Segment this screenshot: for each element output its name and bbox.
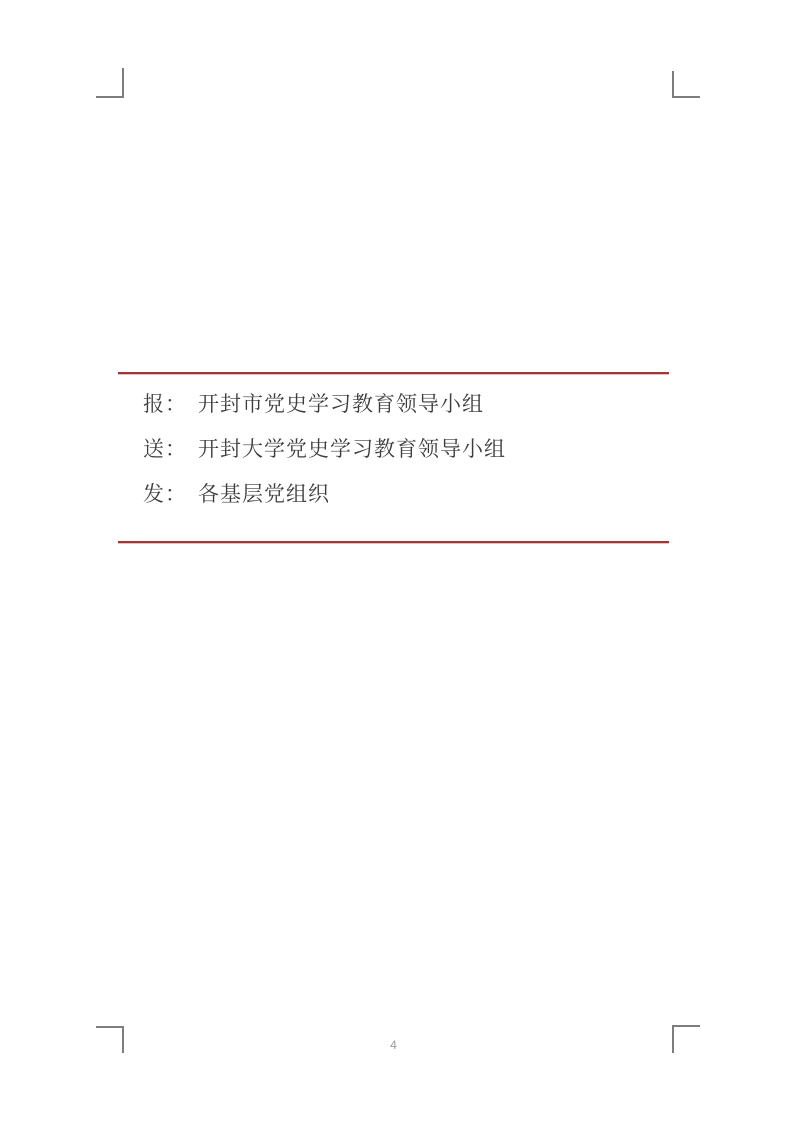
red-rule-bottom (118, 541, 669, 543)
distribution-label: 发 (143, 478, 165, 508)
distribution-colon: ： (165, 433, 187, 463)
page-number: 4 (118, 1038, 669, 1052)
distribution-block: 报：开封市党史学习教育领导小组 送：开封大学党史学习教育领导小组 发：各基层党组… (118, 372, 669, 543)
distribution-content: 开封大学党史学习教育领导小组 (198, 433, 506, 463)
distribution-colon: ： (165, 478, 187, 508)
distribution-row: 发：各基层党组织 (143, 470, 669, 515)
distribution-colon: ： (165, 388, 187, 418)
distribution-rows: 报：开封市党史学习教育领导小组 送：开封大学党史学习教育领导小组 发：各基层党组… (118, 374, 669, 541)
crop-mark-top-left-icon (96, 68, 124, 98)
distribution-content: 各基层党组织 (198, 478, 330, 508)
document-page: 报：开封市党史学习教育领导小组 送：开封大学党史学习教育领导小组 发：各基层党组… (0, 0, 794, 1123)
distribution-content: 开封市党史学习教育领导小组 (198, 388, 484, 418)
distribution-label: 报 (143, 388, 165, 418)
crop-mark-bottom-right-icon (672, 1025, 700, 1053)
distribution-row: 送：开封大学党史学习教育领导小组 (143, 425, 669, 470)
crop-mark-top-right-icon (672, 71, 700, 98)
distribution-label: 送 (143, 433, 165, 463)
distribution-row: 报：开封市党史学习教育领导小组 (143, 380, 669, 425)
